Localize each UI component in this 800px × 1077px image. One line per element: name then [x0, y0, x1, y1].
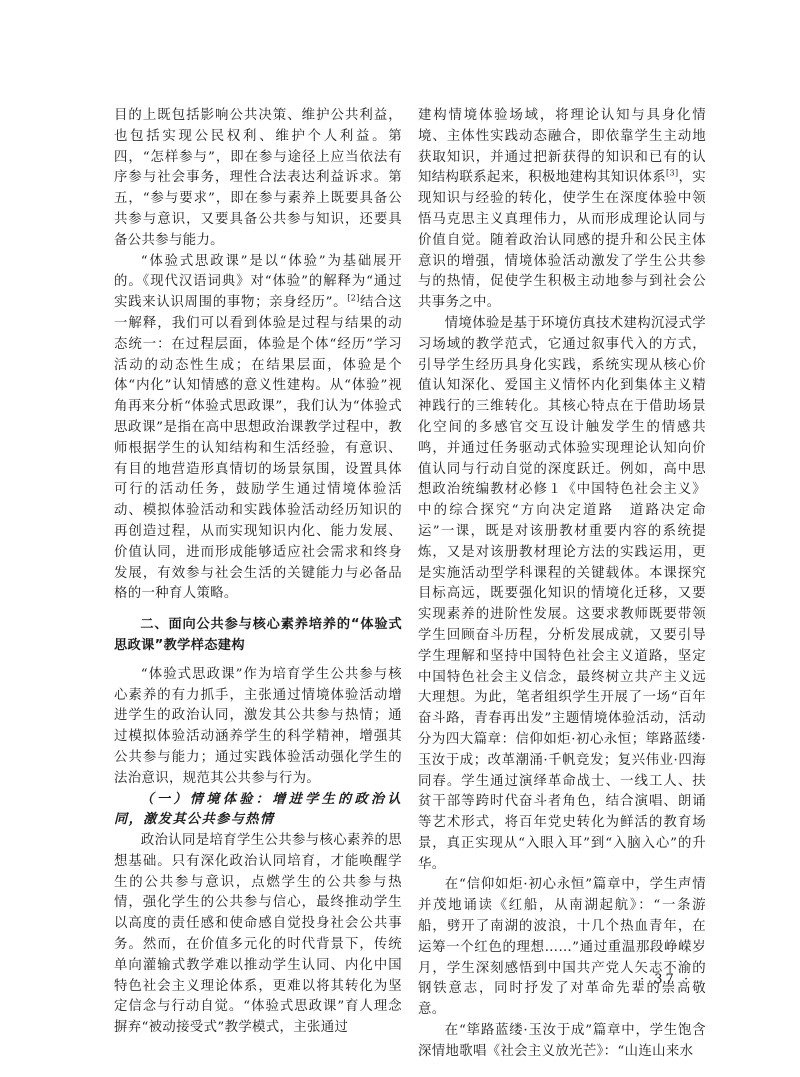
paragraph-text: 建构情境体验场域，将理论认知与具身化情境、主体性实践动态融合，即依靠学生主动地获…: [418, 108, 706, 185]
paragraph: 目的上既包括影响公共决策、维护公共利益，也包括实现公民权利、维护个人利益。第四，…: [114, 106, 402, 252]
paragraph: 政治认同是培育学生公共参与核心素养的思想基础。只有深化政治认同培育，才能唤醒学生…: [114, 831, 402, 1039]
paragraph: 在“筚路蓝缕·玉汝于成”篇章中，学生饱含深情地歌唱《社会主义放光芒》：“山连山来…: [418, 1021, 706, 1063]
paragraph-text: 结合这一解释，我们可以看到体验是过程与结果的动态统一：在过程层面，体验是个体“经…: [114, 295, 402, 601]
paragraph-text: ，实现知识与经验的转化，使学生在深度体验中领悟马克思主义真理伟力，从而形成理论认…: [418, 170, 706, 310]
journal-page: 目的上既包括影响公共决策、维护公共利益，也包括实现公民权利、维护个人利益。第四，…: [0, 0, 800, 1077]
paragraph: 建构情境体验场域，将理论认知与具身化情境、主体性实践动态融合，即依靠学生主动地获…: [418, 106, 706, 314]
subsection-heading: （一）情境体验：增进学生的政治认同，激发其公共参与热情: [114, 790, 402, 832]
citation-ref[interactable]: [3]: [666, 169, 678, 178]
citation-ref[interactable]: [2]: [347, 294, 359, 303]
paragraph: “体验式思政课”是以“体验”为基础展开的。《现代汉语词典》对“体验”的解释为“通…: [114, 252, 402, 606]
paragraph: 情境体验是基于环境仿真技术建构沉浸式学习场域的教学范式，它通过叙事代入的方式，引…: [418, 314, 706, 876]
paragraph: 在“信仰如炬·初心永恒”篇章中，学生声情并茂地诵读《红船，从南湖起航》：“一条游…: [418, 875, 706, 1021]
left-column: 目的上既包括影响公共决策、维护公共利益，也包括实现公民权利、维护个人利益。第四，…: [114, 106, 402, 1039]
paragraph: “体验式思政课”作为培育学生公共参与核心素养的有力抓手，主张通过情境体验活动增进…: [114, 665, 402, 790]
section-heading: 二、面向公共参与核心素养培养的“体验式思政课”教学样态建构: [114, 615, 402, 657]
right-column: 建构情境体验场域，将理论认知与具身化情境、主体性实践动态融合，即依靠学生主动地获…: [418, 106, 706, 1063]
page-number: · 37 ·: [640, 972, 691, 987]
